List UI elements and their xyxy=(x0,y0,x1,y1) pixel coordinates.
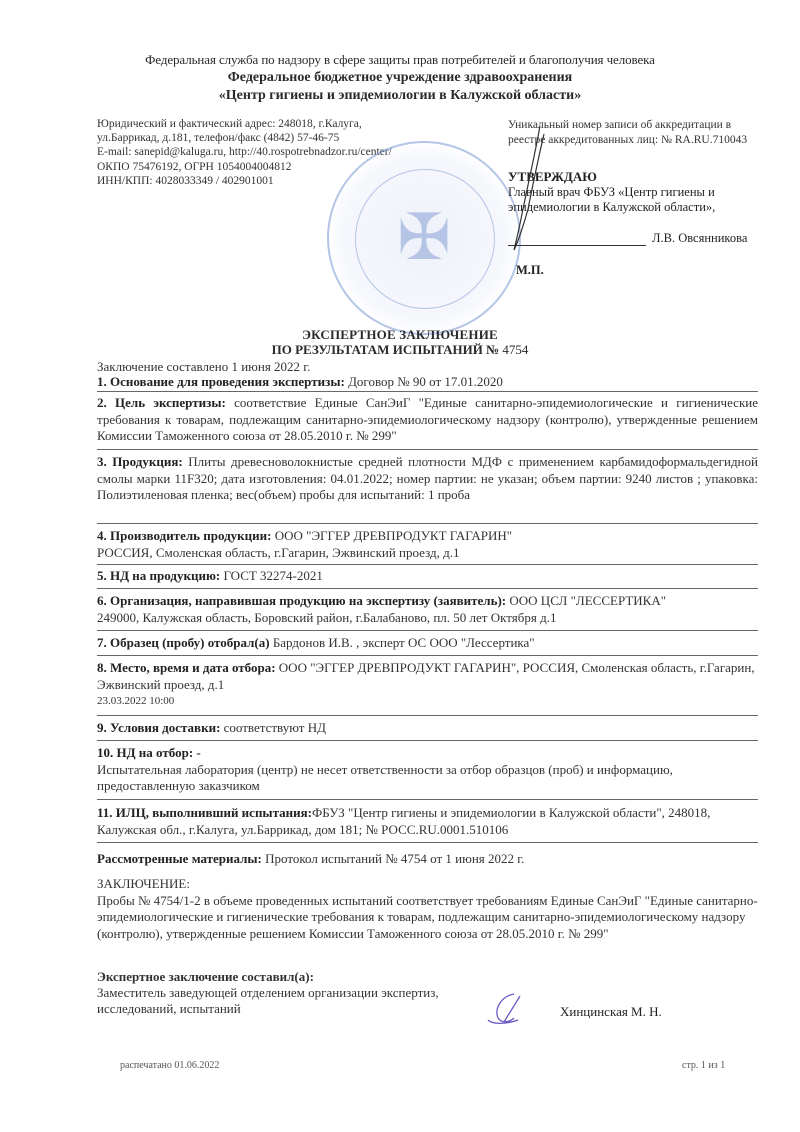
divider xyxy=(97,523,758,524)
compiler-signature-icon xyxy=(484,990,534,1030)
section-1: 1. Основание для проведения экспертизы: … xyxy=(97,374,758,391)
conclusion-text: Пробы № 4754/1-2 в объеме проведенных ис… xyxy=(97,893,777,943)
sampling-datetime: 23.03.2022 10:00 xyxy=(97,693,758,710)
page-number: стр. 1 из 1 xyxy=(682,1060,725,1071)
seal-mark: М.П. xyxy=(516,263,544,278)
official-seal-stamp: ✠ xyxy=(327,141,521,335)
reviewed-materials: Рассмотренные материалы: Протокол испыта… xyxy=(97,851,758,868)
subtitle-text: ПО РЕЗУЛЬТАТАМ ИСПЫТАНИЙ № xyxy=(272,342,500,357)
section-extra: Испытательная лаборатория (центр) не нес… xyxy=(97,762,697,795)
compiler-block: Экспертное заключение составил(а): Замес… xyxy=(97,969,439,1017)
section-label: 6. Организация, направившая продукцию на… xyxy=(97,593,506,608)
address-line: ул.Баррикад, д.181, телефон/факс (4842) … xyxy=(97,131,392,145)
compiler-name: Хинцинская М. Н. xyxy=(560,1004,662,1020)
address-line: ОКПО 75476192, ОГРН 1054004004812 xyxy=(97,160,392,174)
center-name: «Центр гигиены и эпидемиологии в Калужск… xyxy=(0,88,800,104)
approval-signatory: Л.В. Овсянникова xyxy=(652,231,747,245)
section-3: 3. Продукция: Плиты древесноволокнистые … xyxy=(97,454,758,504)
document-subtitle: ПО РЕЗУЛЬТАТАМ ИСПЫТАНИЙ № 4754 xyxy=(0,342,800,358)
address-line: E-mail: sanepid@kaluga.ru, http://40.ros… xyxy=(97,145,392,159)
section-value: соответствуют НД xyxy=(220,720,326,735)
section-label: 3. Продукция: xyxy=(97,454,183,469)
section-value: Плиты древесноволокнистые средней плотно… xyxy=(97,454,758,502)
divider xyxy=(97,564,758,565)
compiler-position: исследований, испытаний xyxy=(97,1001,439,1017)
compiler-label: Экспертное заключение составил(а): xyxy=(97,969,439,985)
section-extra: 249000, Калужская область, Боровский рай… xyxy=(97,610,758,627)
divider xyxy=(97,740,758,741)
section-7: 7. Образец (пробу) отобрал(а) Бардонов И… xyxy=(97,635,758,652)
section-8: 8. Место, время и дата отбора: ООО "ЭГГЕ… xyxy=(97,660,758,710)
approval-signature-icon xyxy=(510,124,550,254)
section-value: ООО ЦСЛ "ЛЕССЕРТИКА" xyxy=(506,593,666,608)
institution-name: Федеральное бюджетное учреждение здравоо… xyxy=(0,70,800,86)
divider xyxy=(97,715,758,716)
section-value: Договор № 90 от 17.01.2020 xyxy=(345,374,503,389)
section-label: 2. Цель экспертизы: xyxy=(97,395,226,410)
section-extra: РОССИЯ, Смоленская область, г.Гагарин, Э… xyxy=(97,545,758,562)
printed-date: распечатано 01.06.2022 xyxy=(120,1060,219,1071)
conclusion-block: ЗАКЛЮЧЕНИЕ: Пробы № 4754/1-2 в объеме пр… xyxy=(97,876,777,942)
divider xyxy=(97,391,758,392)
divider xyxy=(97,655,758,656)
section-10: 10. НД на отбор: - Испытательная лаборат… xyxy=(97,745,758,795)
section-9: 9. Условия доставки: соответствуют НД xyxy=(97,720,758,737)
document-title: ЭКСПЕРТНОЕ ЗАКЛЮЧЕНИЕ xyxy=(0,327,800,343)
divider xyxy=(97,799,758,800)
section-4: 4. Производитель продукции: ООО "ЭГГЕР Д… xyxy=(97,528,758,561)
section-label: 1. Основание для проведения экспертизы: xyxy=(97,374,345,389)
section-value: ГОСТ 32274-2021 xyxy=(220,568,323,583)
composed-date: Заключение составлено 1 июня 2022 г. xyxy=(97,359,310,375)
agency-name: Федеральная служба по надзору в сфере за… xyxy=(0,52,800,68)
conclusion-title: ЗАКЛЮЧЕНИЕ: xyxy=(97,876,777,893)
compiler-position: Заместитель заведующей отделением органи… xyxy=(97,985,439,1001)
section-11: 11. ИЛЦ, выполнивший испытания:ФБУЗ "Цен… xyxy=(97,805,758,838)
section-label: 11. ИЛЦ, выполнивший испытания: xyxy=(97,805,312,820)
address-line: Юридический и фактический адрес: 248018,… xyxy=(97,117,392,131)
section-2: 2. Цель экспертизы: соответствие Единые … xyxy=(97,395,758,445)
section-6: 6. Организация, направившая продукцию на… xyxy=(97,593,758,626)
section-label: 10. НД на отбор: - xyxy=(97,745,201,760)
divider xyxy=(97,449,758,450)
test-number: 4754 xyxy=(502,342,528,357)
divider xyxy=(97,588,758,589)
eagle-emblem-icon: ✠ xyxy=(397,201,451,275)
divider xyxy=(97,630,758,631)
section-label: 9. Условия доставки: xyxy=(97,720,220,735)
reviewed-value: Протокол испытаний № 4754 от 1 июня 2022… xyxy=(262,851,524,866)
section-label: 7. Образец (пробу) отобрал(а) xyxy=(97,635,270,650)
section-5: 5. НД на продукцию: ГОСТ 32274-2021 xyxy=(97,568,758,585)
divider xyxy=(97,842,758,843)
section-label: 4. Производитель продукции: xyxy=(97,528,271,543)
section-label: 5. НД на продукцию: xyxy=(97,568,220,583)
section-value: Бардонов И.В. , эксперт ОС ООО "Лессерти… xyxy=(270,635,535,650)
reviewed-label: Рассмотренные материалы: xyxy=(97,851,262,866)
section-value: ООО "ЭГГЕР ДРЕВПРОДУКТ ГАГАРИН" xyxy=(271,528,512,543)
section-label: 8. Место, время и дата отбора: xyxy=(97,660,276,675)
